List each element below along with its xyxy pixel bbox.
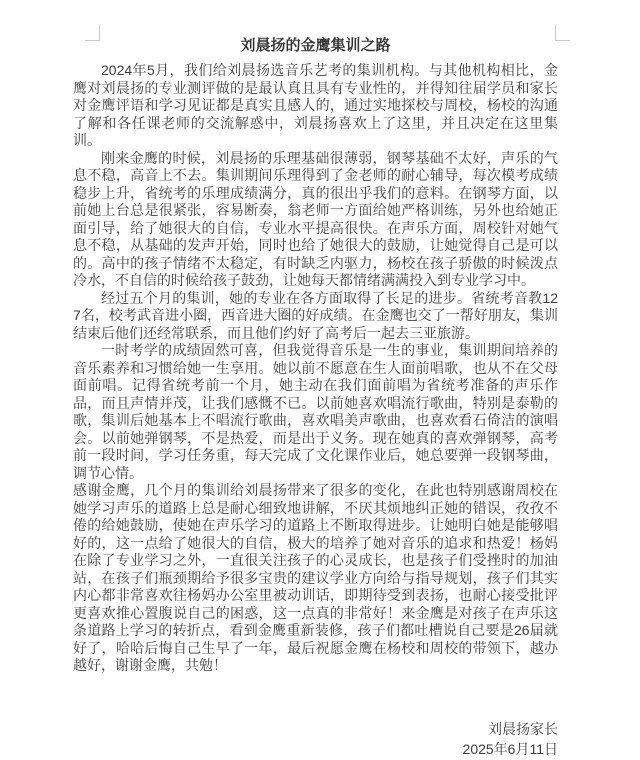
signature-name: 刘晨扬家长 — [73, 719, 558, 739]
paragraph-training-progress: 刚来金鹰的时候，刘晨扬的乐理基础很薄弱，钢琴基础不太好，声乐的气息不稳，高音上不… — [73, 150, 558, 290]
paragraph-thanks: 感谢金鹰，几个月的集训给刘晨扬带来了很多的变化，在此也特别感谢周校在她学习声乐的… — [73, 482, 558, 675]
signature-block: 刘晨扬家长 2025年6月11日 — [73, 719, 558, 759]
paragraph-intro: 2024年5月，我们给刘晨扬选音乐艺考的集训机构。与其他机构相比，金鹰对刘晨扬的… — [73, 62, 558, 150]
paragraph-exam-results: 经过五个月的集训，她的专业在各方面取得了长足的进步。省统考音教127名，校考武音… — [73, 290, 558, 343]
document-title: 刘晨扬的金鹰集训之路 — [73, 36, 558, 56]
paragraph-music-passion: 一时考学的成绩固然可喜，但我觉得音乐是一生的事业，集训期间培养的音乐素养和习惯给… — [73, 342, 558, 482]
document-body: 刘晨扬的金鹰集训之路 2024年5月，我们给刘晨扬选音乐艺考的集训机构。与其他机… — [73, 36, 558, 759]
signature-date: 2025年6月11日 — [73, 739, 558, 759]
document-page: 刘晨扬的金鹰集训之路 2024年5月，我们给刘晨扬选音乐艺考的集训机构。与其他机… — [0, 0, 640, 760]
